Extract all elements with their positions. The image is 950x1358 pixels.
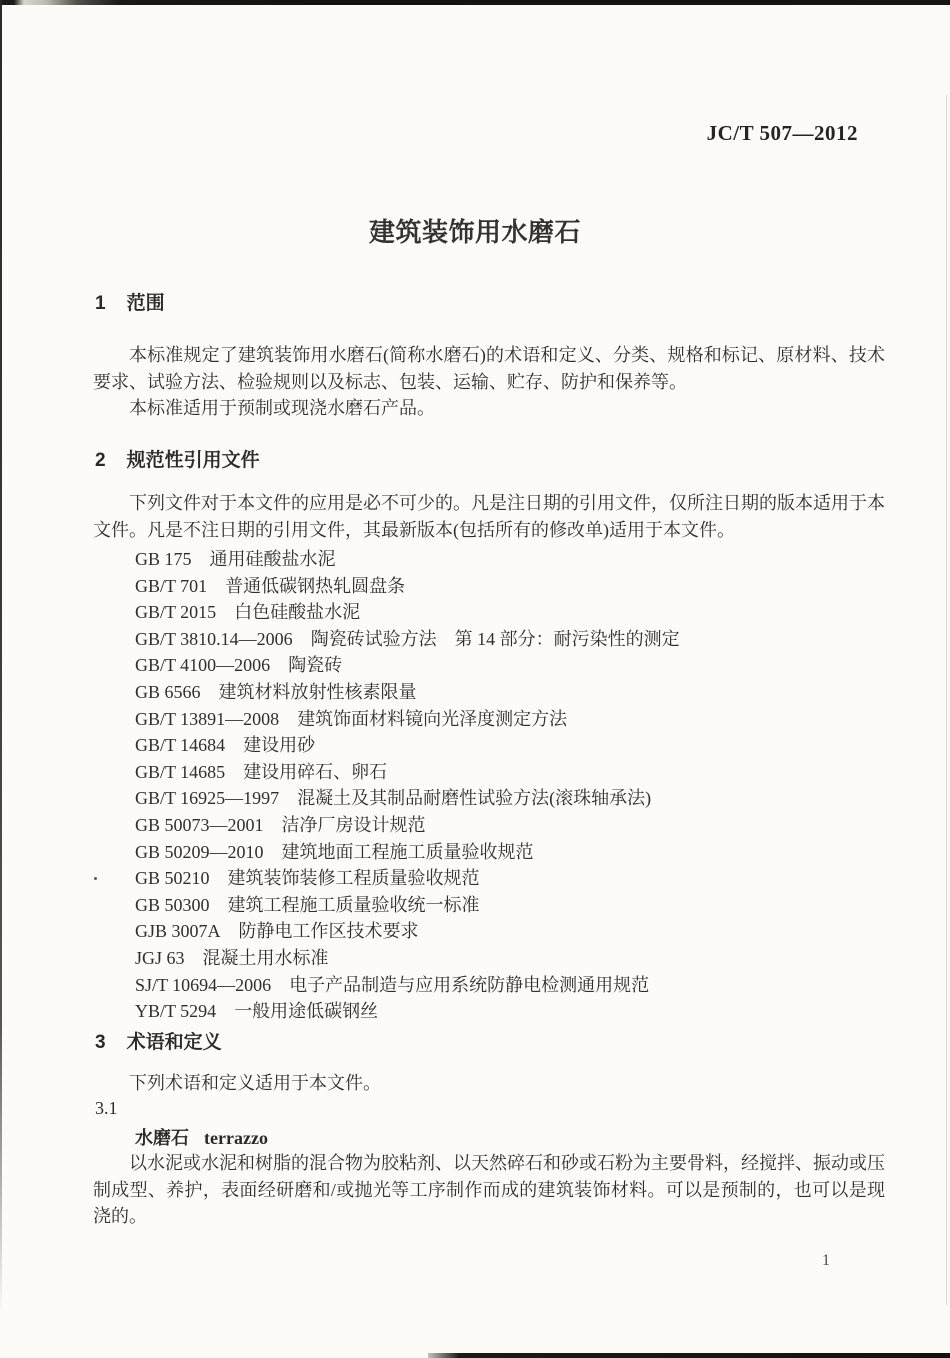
reference-code: GB/T 16925—1997: [135, 788, 279, 808]
section-2-intro: 下列文件对于本文件的应用是必不可少的。凡是注日期的引用文件，仅所注日期的版本适用…: [93, 490, 885, 543]
section-2-number: 2: [95, 450, 106, 472]
reference-item: GB/T 701普通低碳钢热轧圆盘条: [135, 573, 895, 600]
reference-code: GB/T 3810.14—2006: [135, 629, 293, 649]
reference-code: GB 50209—2010: [135, 842, 264, 862]
term-name-en: terrazzo: [204, 1128, 268, 1148]
reference-title: 建设用砂: [243, 735, 315, 755]
reference-code: GB/T 13891—2008: [135, 709, 279, 729]
section-2-title: 规范性引用文件: [127, 450, 260, 471]
section-3-title: 术语和定义: [127, 1032, 222, 1053]
reference-title: 通用硅酸盐水泥: [210, 549, 336, 569]
reference-item: GB/T 14684建设用砂: [135, 732, 895, 759]
reference-code: GB 50073—2001: [135, 815, 264, 835]
standard-number: JC/T 507—2012: [707, 121, 858, 146]
scan-edge-right: [946, 95, 947, 1305]
scan-edge-left: [0, 0, 2, 1315]
term-name: 水磨石terrazzo: [135, 1124, 268, 1150]
reference-title: 混凝土及其制品耐磨性试验方法(滚珠轴承法): [297, 788, 651, 808]
reference-item: GB/T 16925—1997混凝土及其制品耐磨性试验方法(滚珠轴承法): [135, 785, 895, 812]
section-1-title: 范围: [127, 293, 165, 314]
clause-number: 3.1: [95, 1098, 118, 1119]
reference-item: GB/T 3810.14—2006陶瓷砖试验方法 第 14 部分：耐污染性的测定: [135, 626, 895, 653]
reference-item: YB/T 5294一般用途低碳钢丝: [135, 998, 895, 1025]
section-1-heading: 1范围: [95, 288, 165, 315]
reference-code: GB 6566: [135, 682, 201, 702]
reference-title: 建设用碎石、卵石: [243, 762, 387, 782]
reference-item: GB/T 2015白色硅酸盐水泥: [135, 599, 895, 626]
reference-code: YB/T 5294: [135, 1001, 216, 1021]
reference-item: GB 50210建筑装饰装修工程质量验收规范: [135, 865, 895, 892]
reference-title: 洁净厂房设计规范: [282, 815, 426, 835]
reference-code: GB/T 4100—2006: [135, 655, 270, 675]
section-2-heading: 2规范性引用文件: [95, 445, 260, 472]
reference-code: GB 175: [135, 549, 192, 569]
section-1-body: 本标准规定了建筑装饰用水磨石(简称水磨石)的术语和定义、分类、规格和标记、原材料…: [93, 342, 885, 422]
reference-code: JGJ 63: [135, 948, 185, 968]
scan-speck: [94, 877, 97, 880]
page-number: 1: [822, 1252, 830, 1270]
reference-code: GB 50210: [135, 868, 210, 888]
paragraph: 下列术语和定义适用于本文件。: [93, 1070, 885, 1097]
document-page: JC/T 507—2012 建筑装饰用水磨石 1范围 本标准规定了建筑装饰用水磨…: [0, 0, 950, 1358]
reference-code: GB/T 701: [135, 576, 207, 596]
section-1-number: 1: [95, 293, 106, 315]
reference-title: 陶瓷砖试验方法 第 14 部分：耐污染性的测定: [311, 629, 680, 649]
reference-code: GB 50300: [135, 895, 210, 915]
term-definition: 以水泥或水泥和树脂的混合物为胶粘剂、以天然碎石和砂或石粉为主要骨料，经搅拌、振动…: [93, 1150, 885, 1230]
reference-item: GB 50209—2010建筑地面工程施工质量验收规范: [135, 839, 895, 866]
reference-code: SJ/T 10694—2006: [135, 975, 271, 995]
reference-item: SJ/T 10694—2006电子产品制造与应用系统防静电检测通用规范: [135, 972, 895, 999]
reference-title: 陶瓷砖: [288, 655, 342, 675]
reference-item: GB 175通用硅酸盐水泥: [135, 546, 895, 573]
reference-title: 建筑装饰装修工程质量验收规范: [228, 868, 480, 888]
reference-title: 一般用途低碳钢丝: [234, 1001, 378, 1021]
section-3-number: 3: [95, 1032, 106, 1054]
section-3-heading: 3术语和定义: [95, 1027, 222, 1054]
reference-code: GB/T 14685: [135, 762, 225, 782]
reference-title: 建筑地面工程施工质量验收规范: [282, 842, 534, 862]
reference-item: GB 6566建筑材料放射性核素限量: [135, 679, 895, 706]
paragraph: 以水泥或水泥和树脂的混合物为胶粘剂、以天然碎石和砂或石粉为主要骨料，经搅拌、振动…: [93, 1150, 885, 1230]
reference-title: 混凝土用水标准: [203, 948, 329, 968]
paragraph: 本标准规定了建筑装饰用水磨石(简称水磨石)的术语和定义、分类、规格和标记、原材料…: [93, 342, 885, 395]
paragraph: 本标准适用于预制或现浇水磨石产品。: [93, 395, 885, 422]
paragraph: 下列文件对于本文件的应用是必不可少的。凡是注日期的引用文件，仅所注日期的版本适用…: [93, 490, 885, 543]
scan-edge-top: [0, 0, 950, 5]
document-title: 建筑装饰用水磨石: [0, 212, 950, 249]
reference-item: GB/T 4100—2006陶瓷砖: [135, 652, 895, 679]
reference-item: GB/T 13891—2008建筑饰面材料镜向光泽度测定方法: [135, 706, 895, 733]
reference-title: 建筑材料放射性核素限量: [219, 682, 417, 702]
reference-item: GB/T 14685建设用碎石、卵石: [135, 759, 895, 786]
scan-edge-bottom: [428, 1353, 950, 1358]
reference-title: 电子产品制造与应用系统防静电检测通用规范: [289, 975, 649, 995]
section-3-intro: 下列术语和定义适用于本文件。: [93, 1070, 885, 1097]
reference-code: GB/T 2015: [135, 602, 216, 622]
reference-title: 建筑工程施工质量验收统一标准: [228, 895, 480, 915]
reference-title: 白色硅酸盐水泥: [234, 602, 360, 622]
reference-item: GB 50300建筑工程施工质量验收统一标准: [135, 892, 895, 919]
reference-title: 建筑饰面材料镜向光泽度测定方法: [297, 709, 567, 729]
reference-title: 普通低碳钢热轧圆盘条: [225, 576, 405, 596]
reference-code: GJB 3007A: [135, 921, 221, 941]
reference-code: GB/T 14684: [135, 735, 225, 755]
reference-item: JGJ 63混凝土用水标准: [135, 945, 895, 972]
reference-list: GB 175通用硅酸盐水泥 GB/T 701普通低碳钢热轧圆盘条 GB/T 20…: [135, 546, 895, 1025]
reference-item: GJB 3007A防静电工作区技术要求: [135, 918, 895, 945]
reference-title: 防静电工作区技术要求: [239, 921, 419, 941]
reference-item: GB 50073—2001洁净厂房设计规范: [135, 812, 895, 839]
term-name-zh: 水磨石: [135, 1128, 189, 1148]
